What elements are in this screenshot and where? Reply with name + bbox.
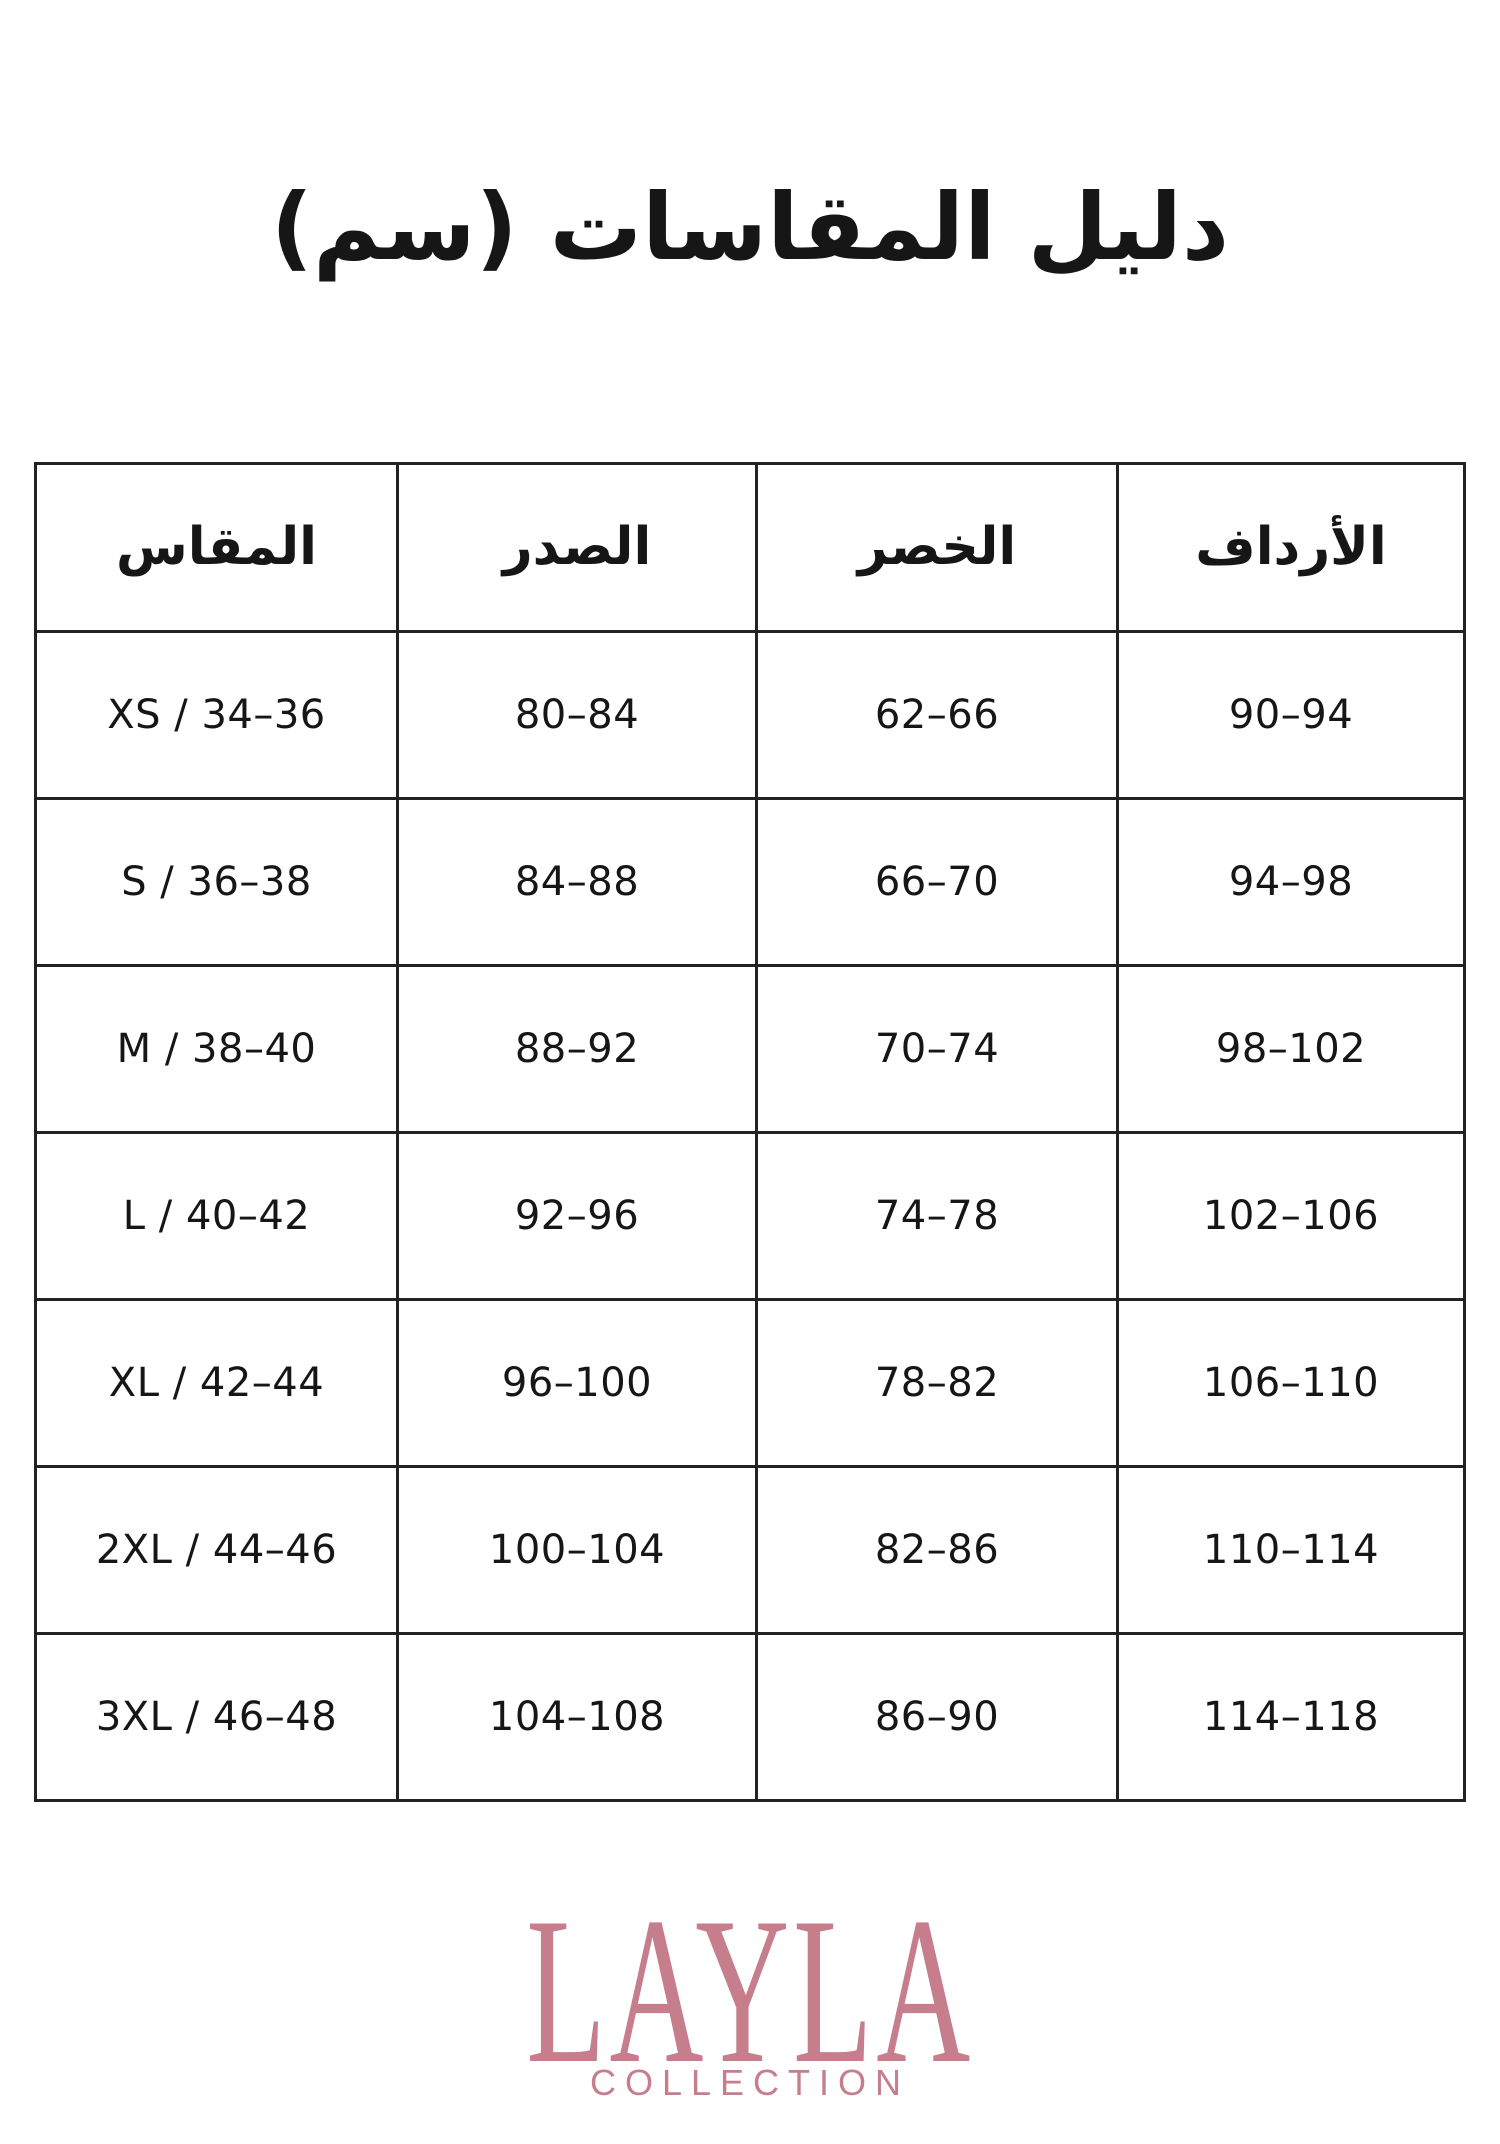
- table-row: 2XL / 44–46100–10482–86110–114: [36, 1466, 1465, 1633]
- measurement-cell: 104–108: [398, 1633, 757, 1800]
- size-cell: M / 38–40: [36, 965, 398, 1132]
- size-cell: 2XL / 44–46: [36, 1466, 398, 1633]
- size-table-body: XS / 34–3680–8462–6690–94S / 36–3884–886…: [36, 631, 1465, 1800]
- table-row: M / 38–4088–9270–7498–102: [36, 965, 1465, 1132]
- table-row: S / 36–3884–8866–7094–98: [36, 798, 1465, 965]
- measurement-cell: 86–90: [757, 1633, 1118, 1800]
- size-cell: L / 40–42: [36, 1132, 398, 1299]
- measurement-cell: 92–96: [398, 1132, 757, 1299]
- measurement-cell: 70–74: [757, 965, 1118, 1132]
- table-row: L / 40–4292–9674–78102–106: [36, 1132, 1465, 1299]
- measurement-cell: 100–104: [398, 1466, 757, 1633]
- page-title: دليل المقاسات (سم): [0, 168, 1500, 288]
- column-header-size: المقاس: [36, 463, 398, 631]
- measurement-cell: 62–66: [757, 631, 1118, 798]
- column-header-chest: الصدر: [398, 463, 757, 631]
- measurement-cell: 98–102: [1118, 965, 1465, 1132]
- measurement-cell: 84–88: [398, 798, 757, 965]
- measurement-cell: 96–100: [398, 1299, 757, 1466]
- measurement-cell: 78–82: [757, 1299, 1118, 1466]
- size-cell: 3XL / 46–48: [36, 1633, 398, 1800]
- measurement-cell: 74–78: [757, 1132, 1118, 1299]
- measurement-cell: 82–86: [757, 1466, 1118, 1633]
- table-row: XL / 42–4496–10078–82106–110: [36, 1299, 1465, 1466]
- size-cell: XL / 42–44: [36, 1299, 398, 1466]
- table-row: 3XL / 46–48104–10886–90114–118: [36, 1633, 1465, 1800]
- table-header-row: المقاس الصدر الخصر الأرداف: [36, 463, 1465, 631]
- column-header-hips: الأرداف: [1118, 463, 1465, 631]
- size-cell: XS / 34–36: [36, 631, 398, 798]
- column-header-waist: الخصر: [757, 463, 1118, 631]
- table-row: XS / 34–3680–8462–6690–94: [36, 631, 1465, 798]
- measurement-cell: 90–94: [1118, 631, 1465, 798]
- measurement-cell: 66–70: [757, 798, 1118, 965]
- size-table: المقاس الصدر الخصر الأرداف XS / 34–3680–…: [34, 462, 1466, 1802]
- measurement-cell: 80–84: [398, 631, 757, 798]
- measurement-cell: 110–114: [1118, 1466, 1465, 1633]
- measurement-cell: 88–92: [398, 965, 757, 1132]
- size-guide-page: دليل المقاسات (سم) المقاس الصدر الخصر ال…: [0, 168, 1500, 2104]
- measurement-cell: 102–106: [1118, 1132, 1465, 1299]
- brand-name: LAYLA: [526, 1886, 974, 2096]
- size-cell: S / 36–38: [36, 798, 398, 965]
- measurement-cell: 94–98: [1118, 798, 1465, 965]
- measurement-cell: 114–118: [1118, 1633, 1465, 1800]
- measurement-cell: 106–110: [1118, 1299, 1465, 1466]
- brand-logo: LAYLA COLLECTION: [0, 1886, 1500, 2104]
